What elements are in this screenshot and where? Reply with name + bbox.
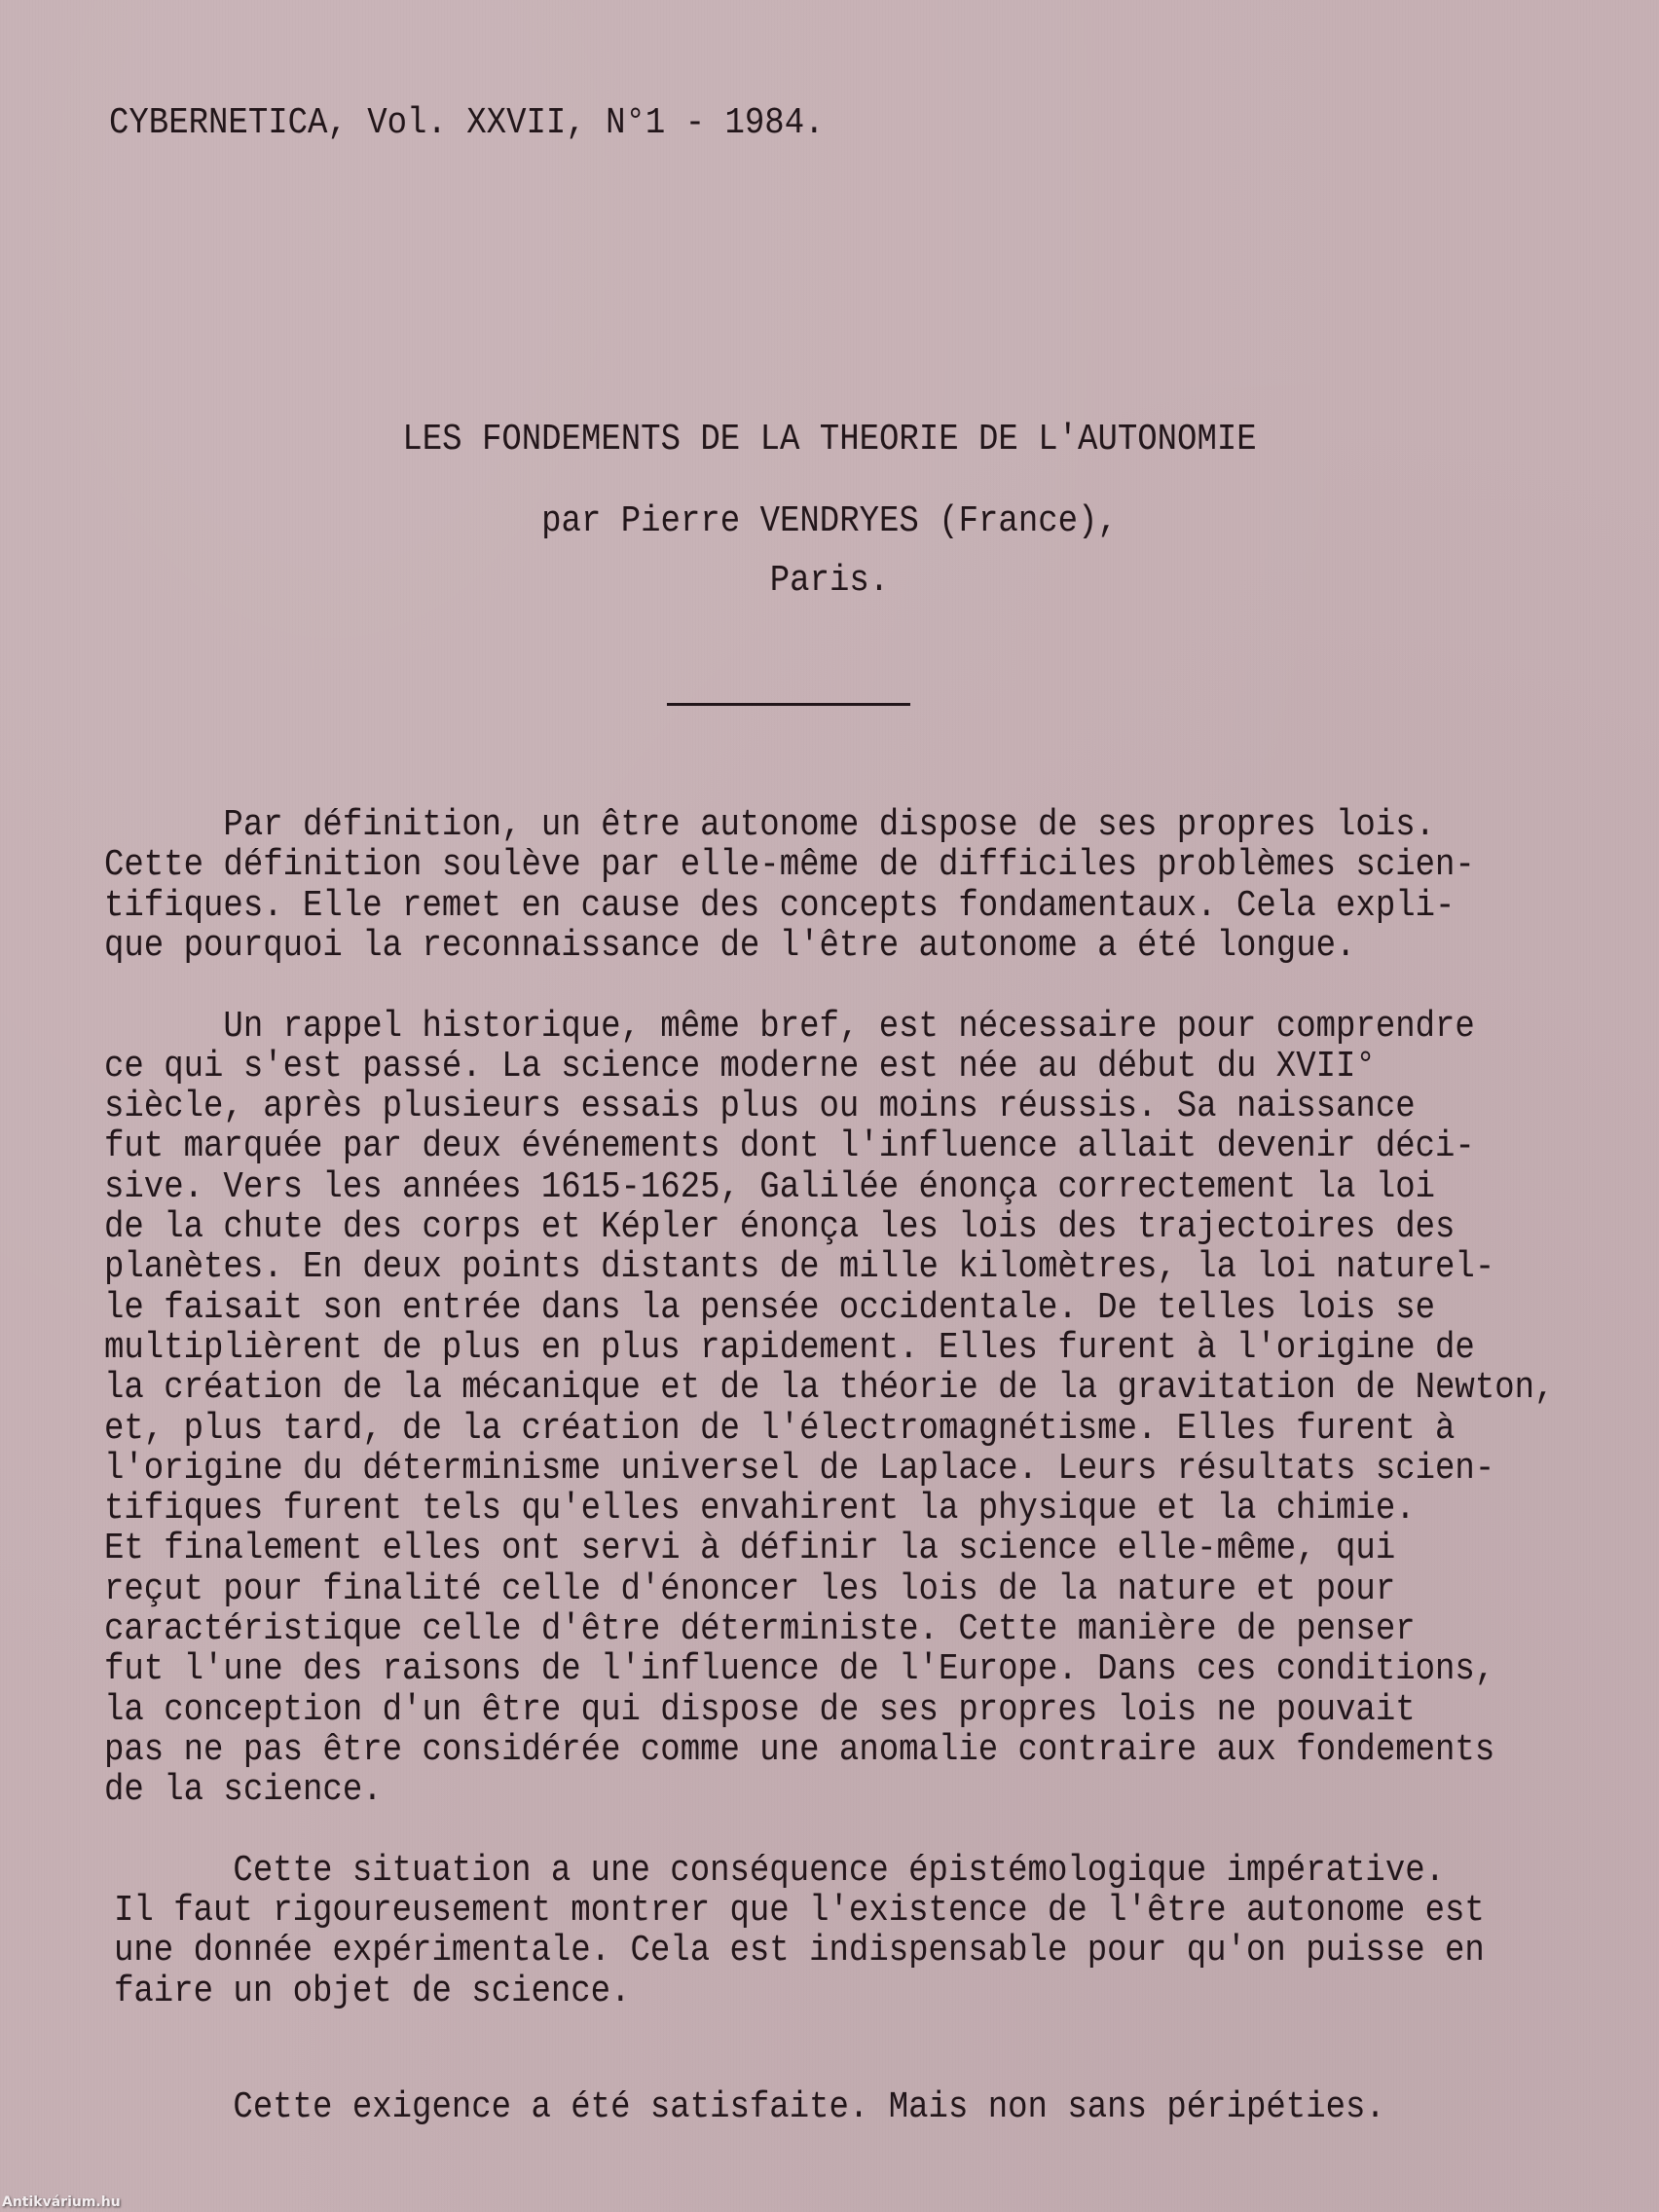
text-line: une donnée expérimentale. Cela est indis…	[114, 1930, 1485, 1973]
text-line: Cette situation a une conséquence épisté…	[114, 1849, 1445, 1893]
text-line: la conception d'un être qui dispose de s…	[104, 1688, 1416, 1732]
text-line: planètes. En deux points distants de mil…	[104, 1246, 1494, 1290]
watermark: Antikvárium.hu	[2, 2194, 121, 2210]
text-line: sive. Vers les années 1615-1625, Galilée…	[104, 1165, 1435, 1209]
text-line: tifiques furent tels qu'elles envahirent…	[104, 1488, 1416, 1531]
text-line: reçut pour finalité celle d'énoncer les …	[104, 1567, 1395, 1611]
text-line: Et finalement elles ont servi à définir …	[104, 1528, 1395, 1571]
title-separator-rule	[667, 703, 910, 706]
text-line: Il faut rigoureusement montrer que l'exi…	[114, 1890, 1485, 1934]
text-line: Cette définition soulève par elle-même d…	[104, 844, 1475, 888]
scanned-page: CYBERNETICA, Vol. XXVII, N°1 - 1984. LES…	[0, 0, 1659, 2212]
text-line: la création de la mécanique et de la thé…	[104, 1367, 1554, 1411]
text-line: fut marquée par deux événements dont l'i…	[104, 1125, 1475, 1169]
text-line: l'origine du déterminisme universel de L…	[104, 1447, 1494, 1491]
text-line: caractéristique celle d'être déterminist…	[104, 1608, 1416, 1652]
text-line: Cette exigence a été satisfaite. Mais no…	[114, 2086, 1385, 2130]
text-line: pas ne pas être considérée comme une ano…	[104, 1728, 1494, 1772]
text-line: Un rappel historique, même bref, est néc…	[104, 1005, 1475, 1049]
journal-citation: CYBERNETICA, Vol. XXVII, N°1 - 1984.	[109, 102, 825, 146]
text-line: tifiques. Elle remet en cause des concep…	[104, 884, 1455, 928]
text-line: Par définition, un être autonome dispose…	[104, 804, 1435, 848]
text-line: et, plus tard, de la création de l'élect…	[104, 1407, 1455, 1451]
text-line: ce qui s'est passé. La science moderne e…	[104, 1045, 1376, 1088]
text-line: de la chute des corps et Képler énonça l…	[104, 1206, 1455, 1250]
author-location: Paris.	[0, 560, 1659, 604]
article-title: LES FONDEMENTS DE LA THEORIE DE L'AUTONO…	[0, 419, 1659, 462]
text-line: faire un objet de science.	[114, 1970, 631, 2013]
text-line: le faisait son entrée dans la pensée occ…	[104, 1286, 1435, 1330]
text-line: fut l'une des raisons de l'influence de …	[104, 1648, 1494, 1692]
text-line: multiplièrent de plus en plus rapidement…	[104, 1326, 1475, 1370]
text-line: de la science.	[104, 1769, 383, 1813]
text-line: que pourquoi la reconnaissance de l'être…	[104, 924, 1355, 968]
text-line: siècle, après plusieurs essais plus ou m…	[104, 1086, 1416, 1129]
author-line: par Pierre VENDRYES (France),	[0, 500, 1659, 544]
